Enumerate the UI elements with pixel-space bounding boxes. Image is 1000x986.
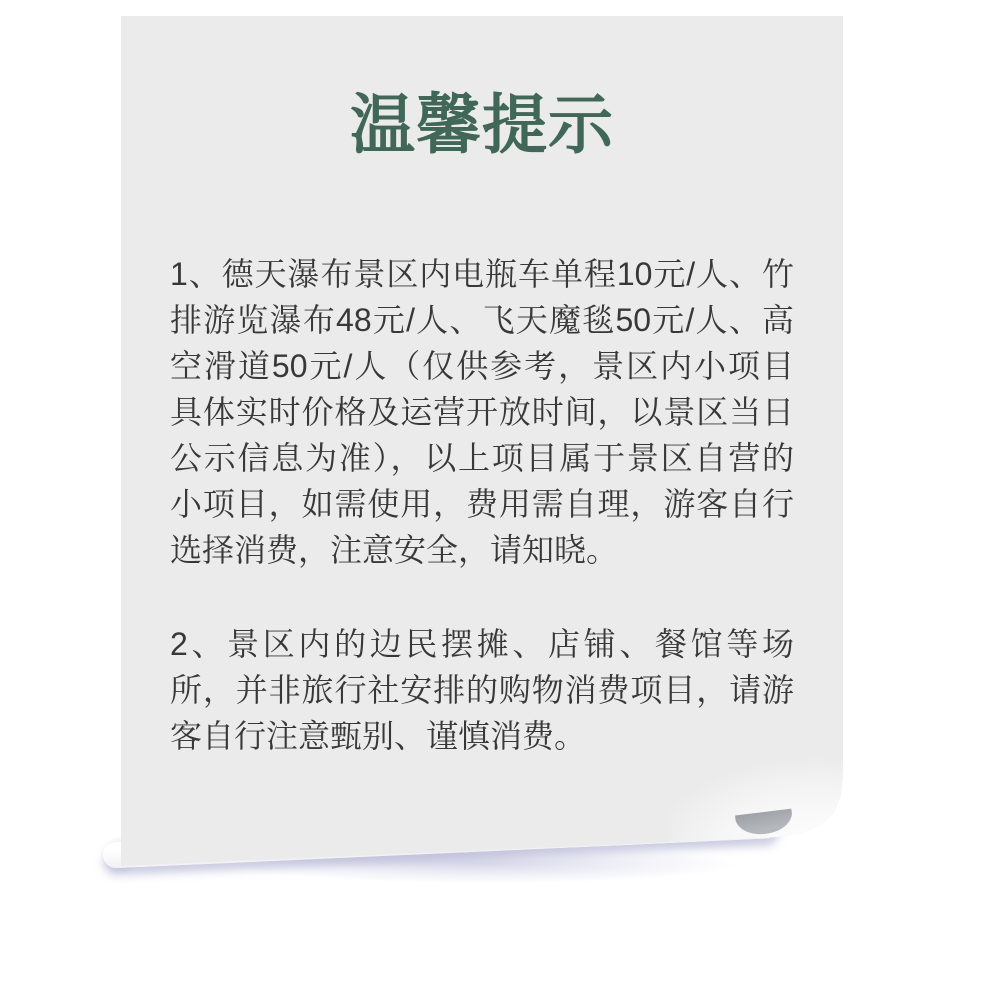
corner-fade bbox=[668, 737, 843, 852]
notice-line: 2、景区内的边民摆摊、店铺、餐馆等场 bbox=[170, 621, 794, 667]
page: 温馨提示 1、德天瀑布景区内电瓶车单程10元/人、竹排游览瀑布48元/人、飞天魔… bbox=[0, 0, 1000, 986]
notice-body: 1、德天瀑布景区内电瓶车单程10元/人、竹排游览瀑布48元/人、飞天魔毯50元/… bbox=[170, 251, 794, 759]
notice-line: 公示信息为准），以上项目属于景区自营的 bbox=[170, 435, 794, 481]
notice-line: 排游览瀑布48元/人、飞天魔毯50元/人、高 bbox=[170, 297, 794, 343]
notice-line: 1、德天瀑布景区内电瓶车单程10元/人、竹 bbox=[170, 251, 794, 297]
notice-card: 温馨提示 1、德天瀑布景区内电瓶车单程10元/人、竹排游览瀑布48元/人、飞天魔… bbox=[121, 16, 843, 870]
notice-line: 具体实时价格及运营开放时间，以景区当日 bbox=[170, 389, 794, 435]
notice-line: 小项目，如需使用，费用需自理，游客自行 bbox=[170, 481, 794, 527]
notice-paragraph-1: 1、德天瀑布景区内电瓶车单程10元/人、竹排游览瀑布48元/人、飞天魔毯50元/… bbox=[170, 251, 794, 573]
notice-line: 空滑道50元/人（仅供参考，景区内小项目 bbox=[170, 343, 794, 389]
notice-line: 选择消费，注意安全，请知晓。 bbox=[170, 527, 794, 573]
notice-line: 所，并非旅行社安排的购物消费项目，请游 bbox=[170, 667, 794, 713]
notice-title: 温馨提示 bbox=[121, 90, 843, 160]
